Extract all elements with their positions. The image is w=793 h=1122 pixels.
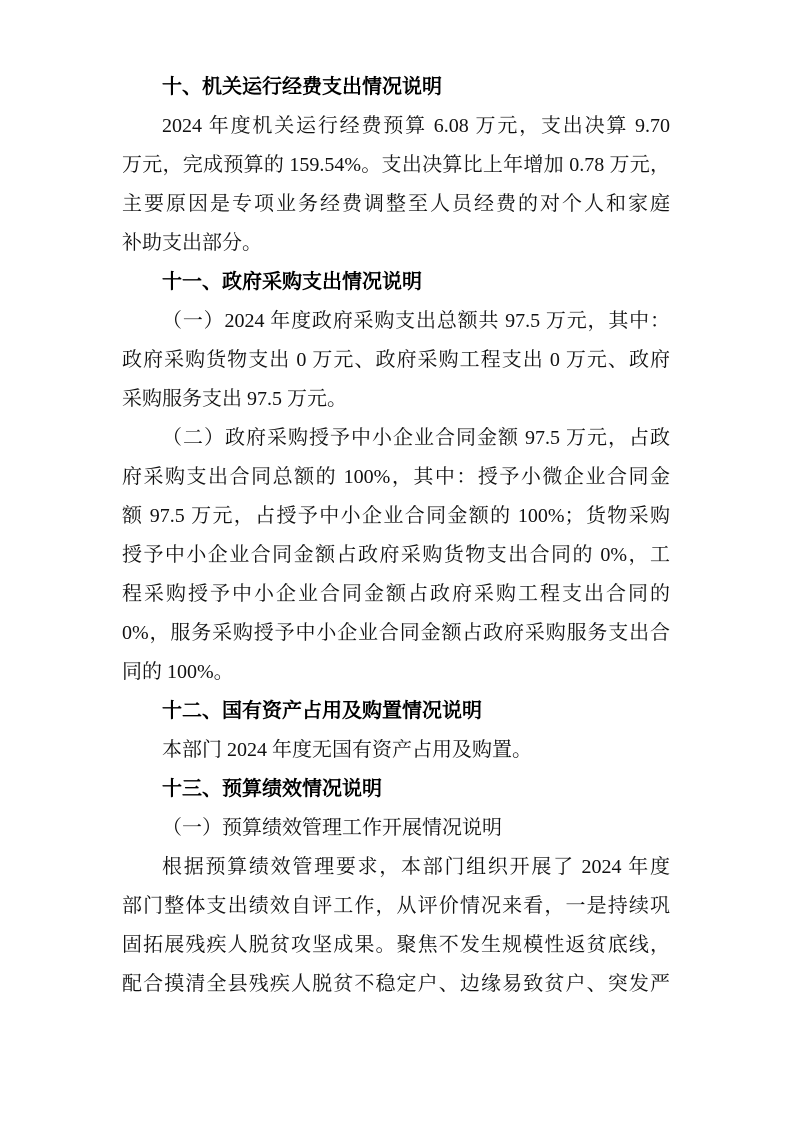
section-heading: 十三、预算绩效情况说明 [122, 770, 670, 809]
text-line: 固拓展残疾人脱贫攻坚成果。聚焦不发生规模性返贫底线， [122, 926, 670, 965]
text-line: 部门整体支出绩效自评工作，从评价情况来看，一是持续巩 [122, 887, 670, 926]
text-line: （二）政府采购授予中小企业合同金额 97.5 万元，占政 [122, 419, 670, 458]
paragraph-procurement-sme-contracts: （二）政府采购授予中小企业合同金额 97.5 万元，占政 府采购支出合同总额的 … [122, 419, 670, 692]
section-heading: 十一、政府采购支出情况说明 [122, 263, 670, 302]
section-heading: 十二、国有资产占用及购置情况说明 [122, 692, 670, 731]
text-line: 0%，服务采购授予中小企业合同金额占政府采购服务支出合 [122, 614, 670, 653]
text-line: 采购服务支出 97.5 万元。 [122, 380, 670, 419]
text-line: 补助支出部分。 [122, 224, 670, 263]
subsection-performance-management: （一）预算绩效管理工作开展情况说明 [122, 809, 670, 848]
text-line: （一）2024 年度政府采购支出总额共 97.5 万元，其中： [122, 302, 670, 341]
paragraph-procurement-total: （一）2024 年度政府采购支出总额共 97.5 万元，其中： 政府采购货物支出… [122, 302, 670, 419]
text-line: 主要原因是专项业务经费调整至人员经费的对个人和家庭 [122, 185, 670, 224]
text-line: 根据预算绩效管理要求，本部门组织开展了 2024 年度 [122, 848, 670, 887]
paragraph-performance-self-evaluation: 根据预算绩效管理要求，本部门组织开展了 2024 年度 部门整体支出绩效自评工作… [122, 848, 670, 1004]
section-state-owned-assets: 十二、国有资产占用及购置情况说明 [122, 692, 670, 731]
section-agency-operating-expenses: 十、机关运行经费支出情况说明 [122, 68, 670, 107]
text-line: 府采购支出合同总额的 100%，其中：授予小微企业合同金 [122, 458, 670, 497]
text-line: 额 97.5 万元，占授予中小企业合同金额的 100%；货物采购 [122, 497, 670, 536]
section-government-procurement: 十一、政府采购支出情况说明 [122, 263, 670, 302]
text-line: 万元，完成预算的 159.54%。支出决算比上年增加 0.78 万元， [122, 146, 670, 185]
section-budget-performance: 十三、预算绩效情况说明 [122, 770, 670, 809]
text-line: 配合摸清全县残疾人脱贫不稳定户、边缘易致贫户、突发严 [122, 965, 670, 1004]
paragraph-state-owned-assets-detail: 本部门 2024 年度无国有资产占用及购置。 [122, 731, 670, 770]
document-page: 十、机关运行经费支出情况说明 2024 年度机关运行经费预算 6.08 万元，支… [0, 0, 793, 1122]
text-line: 程采购授予中小企业合同金额占政府采购工程支出合同的 [122, 575, 670, 614]
text-line: 2024 年度机关运行经费预算 6.08 万元，支出决算 9.70 [122, 107, 670, 146]
text-line: 本部门 2024 年度无国有资产占用及购置。 [122, 731, 670, 770]
paragraph-operating-expenses-detail: 2024 年度机关运行经费预算 6.08 万元，支出决算 9.70 万元，完成预… [122, 107, 670, 263]
subsection-heading: （一）预算绩效管理工作开展情况说明 [122, 809, 670, 848]
text-line: 政府采购货物支出 0 万元、政府采购工程支出 0 万元、政府 [122, 341, 670, 380]
section-heading: 十、机关运行经费支出情况说明 [122, 68, 670, 107]
text-line: 同的 100%。 [122, 653, 670, 692]
text-line: 授予中小企业合同金额占政府采购货物支出合同的 0%，工 [122, 536, 670, 575]
